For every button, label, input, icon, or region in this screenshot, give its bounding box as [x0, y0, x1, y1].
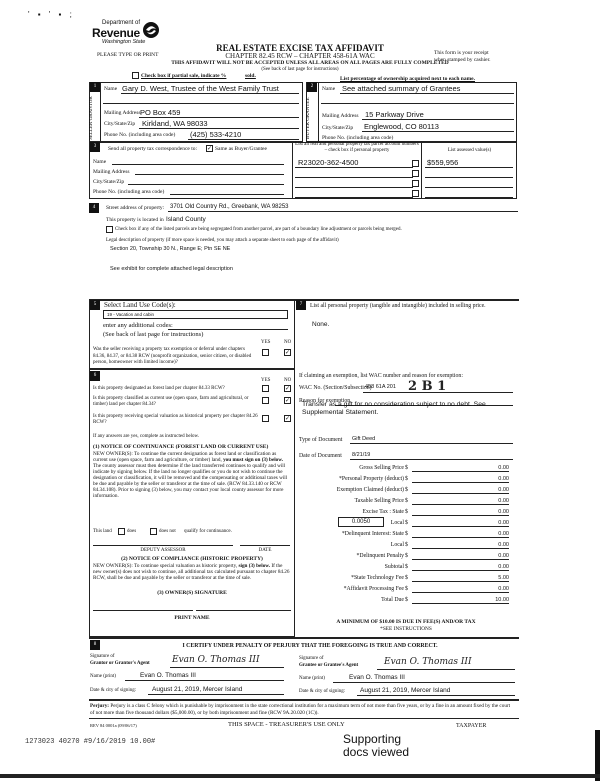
grantor-date-field[interactable]: August 21, 2019, Mercer Island [152, 686, 242, 693]
assessed-value-1[interactable]: $559,956 [427, 158, 458, 167]
exemption-yes-checkbox[interactable] [262, 349, 269, 356]
segregated-label: Check box if any of the listed parcels a… [115, 227, 402, 232]
legal-description-2[interactable]: See exhibit for complete attached legal … [110, 266, 233, 272]
located-label: This property is located in [106, 217, 164, 223]
receipt-note: This form is your receipt [434, 50, 489, 56]
wac-label: WAC No. (Section/Subsection) [299, 385, 372, 391]
seller-mailing-field[interactable]: PO Box 459 [140, 108, 180, 117]
buyer-city-field[interactable]: Englewood, CO 80113 [364, 122, 439, 131]
date-label: DATE [240, 548, 290, 553]
land-use-label: Select Land Use Code(s): [104, 301, 176, 309]
underline [103, 103, 299, 104]
corr-phone-label: Phone No. (including area code) [93, 189, 164, 195]
currency: $ [405, 509, 408, 515]
owner-signature-label: (3) OWNER(S) SIGNATURE [93, 590, 291, 596]
qualify-label: qualify for continuance. [184, 529, 232, 534]
taxable-selling-price[interactable]: 0.00 [412, 498, 509, 505]
notice-text: The county assessor must then determine … [93, 463, 287, 499]
delinquent-penalty[interactable]: 0.00 [412, 553, 509, 560]
seller-side-label: SELLER GRANTOR [89, 94, 100, 142]
personal-property-checkbox-1[interactable] [412, 160, 419, 167]
historical-no-checkbox[interactable]: ✓ [284, 415, 291, 422]
seller-phone-field[interactable]: (425) 533-4210 [190, 130, 241, 139]
buyer-side-label: BUYER GRANTEE [306, 94, 317, 142]
supporting-stamp-2: docs viewed [343, 746, 409, 759]
underline [139, 128, 299, 129]
section-number: 5 [90, 300, 100, 310]
tax-label: *Affidavit Processing Fee [296, 586, 404, 592]
perjury-notice: Perjury: Perjury is a class C felony whi… [90, 703, 515, 716]
see-back-instructions: (See back of last page for instructions) [103, 331, 203, 338]
section-number: 8 [90, 640, 100, 650]
underline [363, 392, 513, 393]
grantor-name-field[interactable]: Evan O. Thomas III [140, 672, 196, 679]
underline [350, 459, 513, 460]
personal-property-checkbox-3[interactable] [412, 180, 419, 187]
divider [89, 368, 295, 370]
currency: $ [405, 476, 408, 482]
underline [350, 443, 513, 444]
divider [318, 82, 319, 142]
underline [168, 211, 518, 212]
exemption-no-checkbox[interactable]: ✓ [284, 349, 291, 356]
personal-property-field[interactable]: None. [312, 321, 329, 328]
underline [321, 103, 514, 104]
tax-label: Subtotal [296, 564, 404, 570]
segregated-checkbox[interactable] [106, 226, 113, 233]
tax-label: Total Due [296, 597, 404, 603]
assessed-value-4[interactable] [425, 197, 513, 198]
buyer-mailing-field[interactable]: 15 Parkway Drive [365, 110, 424, 119]
does-not-qualify-checkbox[interactable] [150, 528, 157, 535]
owner-signature-field-2[interactable] [196, 610, 291, 611]
print-name-label: PRINT NAME [93, 615, 291, 621]
tax-label: Exemption Claimed (deduct) [296, 487, 404, 493]
tax-label: Taxable Selling Price [296, 498, 404, 504]
seller-phone-label: Phone No. (including area code) [104, 132, 175, 138]
historical-question: Is this property receiving special valua… [93, 414, 258, 426]
grantee-date-field[interactable]: August 21, 2019, Mercer Island [360, 687, 450, 694]
underline [377, 669, 515, 670]
underline [295, 167, 413, 168]
doc-date-field[interactable]: 8/21/19 [352, 452, 370, 458]
tax-label: *Personal Property (deduct) [296, 476, 404, 482]
additional-codes-field[interactable] [168, 329, 288, 330]
exemption-claimed[interactable]: 0.00 [412, 487, 509, 494]
currency: $ [405, 465, 408, 471]
deputy-assessor-signature[interactable] [93, 545, 233, 546]
seller-name-field[interactable]: Gary D. West, Trustee of the West Family… [122, 84, 279, 93]
assessed-header: List assessed value(s) [422, 148, 517, 153]
deputy-assessor-label: DEPUTY ASSESSOR [93, 548, 233, 553]
current-use-question: Is this property classified as current u… [93, 396, 258, 408]
partial-sale-checkbox[interactable] [132, 72, 139, 79]
total-due[interactable]: 10.00 [412, 597, 509, 604]
personal-property-checkbox-2[interactable] [412, 170, 419, 177]
underline [357, 695, 515, 696]
rev-number: REV 84 0001a (09/06/17) [90, 723, 137, 728]
corr-mailing-field[interactable] [135, 174, 284, 175]
see-instructions: *SEE INSTRUCTIONS [296, 626, 516, 632]
grantee-name-field[interactable]: Evan O. Thomas III [349, 674, 405, 681]
delinquent-interest-local[interactable]: 0.00 [412, 542, 509, 549]
additional-codes-label: enter any additional codes: [103, 322, 173, 329]
subtotal[interactable]: 0.00 [412, 564, 509, 571]
grantor-sig-label: Signature of [90, 654, 115, 659]
seller-city-label: City/State/Zip [104, 121, 135, 127]
divider [89, 699, 519, 701]
grantor-name-label: Name (print) [90, 674, 116, 679]
no-header: NO [284, 340, 291, 345]
currency: $ [405, 553, 408, 559]
tax-label: Excise Tax : State [296, 509, 404, 515]
yes-header: YES [261, 378, 270, 383]
no-header: NO [284, 378, 291, 383]
deputy-date-field[interactable] [240, 545, 290, 546]
notice-compliance-text: NEW OWNER(S): To continue special valuat… [93, 563, 291, 581]
personal-property-label: List all personal property (tangible and… [310, 302, 510, 310]
section-number: 3 [90, 142, 100, 152]
underline [340, 93, 514, 94]
parcels-header: List all real and personal property tax … [294, 142, 420, 154]
see-back: (See back of last page for instructions) [200, 67, 400, 72]
doc-date-label: Date of Document [299, 453, 342, 459]
street-label: Street address of property: [106, 205, 164, 211]
same-as-buyer-label: Same as Buyer/Grantee [215, 146, 267, 152]
buyer-phone-label: Phone No. (including area code) [322, 135, 393, 141]
underline [170, 667, 284, 668]
currency: $ [405, 597, 408, 603]
receipt-note-2: when stamped by cashier. [434, 57, 491, 63]
corr-name-label: Name [93, 159, 106, 165]
divider [292, 142, 293, 199]
underline [148, 694, 284, 695]
please-type: PLEASE TYPE OR PRINT [97, 52, 158, 58]
assessed-value-3[interactable] [425, 187, 513, 188]
cashier-stamp: 1273023 40270 #9/16/2019 10.00# [25, 738, 155, 746]
tax-label: Local [384, 520, 404, 526]
minimum-note: A MINIMUM OF $10.00 IS DUE IN FEE(S) AND… [296, 619, 516, 625]
wac-field[interactable]: 458 61A 201 [365, 384, 396, 390]
currency: $ [405, 575, 408, 581]
divider [100, 82, 101, 142]
legal-description-1[interactable]: Section 20, Township 30 N., Range E; Ptn… [110, 246, 230, 252]
does-label: does [127, 529, 136, 534]
divider [89, 637, 519, 639]
underline [121, 93, 299, 94]
grantee-sig-label: Signature of [299, 656, 324, 661]
doc-type-label: Type of Document [299, 437, 342, 443]
parcel-number-1[interactable]: R23020-362-4500 [298, 158, 358, 167]
tax-label: *Delinquent Penalty [296, 553, 404, 559]
affidavit-processing-fee[interactable]: 0.00 [412, 586, 509, 593]
currency: $ [405, 498, 408, 504]
perjury-bold: Perjury: [90, 703, 109, 709]
section-number: 2 [307, 82, 317, 92]
legal-label: Legal description of property (if more s… [106, 238, 339, 243]
taxpayer-label: TAXPAYER [456, 723, 486, 729]
currency: $ [405, 487, 408, 493]
yes-header: YES [261, 340, 270, 345]
excise-tax-local[interactable]: 0.00 [412, 520, 509, 527]
tax-label: Gross Selling Price [296, 465, 404, 471]
divider [295, 299, 519, 301]
does-qualify-checkbox[interactable] [118, 528, 125, 535]
perjury-text: Perjury is a class C felony which is pun… [90, 703, 510, 716]
street-address-field[interactable]: 3701 Old Country Rd., Greebank, WA 98253 [170, 204, 289, 210]
corr-mailing-label: Mailing Address [93, 169, 130, 175]
section-number: 4 [89, 203, 99, 213]
owner-signature-field[interactable] [93, 610, 193, 611]
underline [188, 139, 299, 140]
notice-compliance-title: (2) NOTICE OF COMPLIANCE (HISTORIC PROPE… [93, 556, 291, 562]
county-field[interactable]: Island County [166, 216, 206, 223]
underline [139, 117, 299, 118]
reason-field[interactable]: Transfer as a gift for no consideration … [302, 401, 512, 417]
seller-city-field[interactable]: Kirkland, WA 98033 [142, 119, 208, 128]
tax-label: *Delinquent Interest: State [296, 531, 404, 537]
certify-statement: I CERTIFY UNDER PENALTY OF PERJURY THAT … [110, 643, 510, 649]
correspondence-label: Send all property tax correspondence to: [108, 146, 197, 152]
notice-continuance-title: (1) NOTICE OF CONTINUANCE (FOREST LAND O… [93, 444, 268, 450]
scan-marks: ' ▪ ' ▪ ; [28, 10, 75, 19]
corr-city-label: City/State/Zip [93, 179, 124, 185]
currency: $ [405, 520, 408, 526]
corr-phone-field[interactable] [170, 194, 284, 195]
seller-name-label: Name [104, 86, 117, 92]
buyer-name-label: Name [322, 86, 335, 92]
state-technology-fee[interactable]: 5.00 [412, 575, 509, 582]
personal-property-deduct[interactable]: 0.00 [412, 476, 509, 483]
land-use-select[interactable]: 19 - Vacation and cabin [103, 310, 288, 319]
does-not-label: does not [159, 529, 176, 534]
currency: $ [405, 586, 408, 592]
parcel-number-3[interactable] [295, 187, 413, 188]
personal-property-checkbox-4[interactable] [412, 190, 419, 197]
dor-logo: Department of Revenue Washington State [92, 20, 162, 50]
land-use-code: 19 - Vacation and cabin [107, 312, 154, 317]
excise-tax-state[interactable]: 0.00 [412, 509, 509, 516]
seller-mailing-label: Mailing Address [104, 110, 141, 116]
tax-label: Local [296, 542, 404, 548]
grantor-date-label: Date & city of signing: [90, 688, 136, 693]
underline [362, 131, 514, 132]
grantor-signature[interactable]: Evan O. Thomas III [172, 655, 260, 665]
treasurer-space: THIS SPACE - TREASURER'S USE ONLY [228, 721, 345, 728]
forest-yes-checkbox[interactable] [262, 385, 269, 392]
assessed-value-2[interactable] [425, 177, 513, 178]
local-rate-field[interactable]: 0.0050 [338, 517, 384, 527]
corr-city-field[interactable] [128, 184, 284, 185]
logo-swirl-icon [142, 21, 160, 39]
buyer-city-label: City/State/Zip [322, 125, 353, 131]
tax-label: *State Technology Fee [296, 575, 404, 581]
scan-edge-bottom [0, 774, 600, 778]
current-use-yes-checkbox[interactable] [262, 397, 269, 404]
grantee-name-label: Name (print) [299, 676, 325, 681]
section-number: 1 [90, 82, 100, 92]
this-land-label: This land [93, 529, 112, 534]
parcel-number-4[interactable] [295, 197, 413, 198]
underline [425, 167, 513, 168]
if-yes-note: If any answers are yes, complete as inst… [93, 434, 199, 439]
section-number: 6 [90, 371, 100, 381]
parcel-number-2[interactable] [295, 177, 413, 178]
sold-label: sold. [245, 73, 256, 79]
grantee-date-label: Date & city of signing: [299, 689, 345, 694]
grantor-sig-label-2: Grantor or Grantor's Agent [90, 661, 150, 666]
underline [333, 682, 515, 683]
gross-selling-price[interactable]: 0.00 [412, 465, 509, 472]
currency: $ [405, 531, 408, 537]
exemption-question: Was the seller receiving a property tax … [93, 347, 258, 367]
buyer-mailing-label: Mailing Address [322, 113, 359, 119]
forest-no-checkbox[interactable]: ✓ [284, 385, 291, 392]
buyer-name-field[interactable]: See attached summary of Grantees [342, 84, 460, 93]
chapter: CHAPTER 82.45 RCW – CHAPTER 458-61A WAC [180, 52, 420, 60]
grantee-signature[interactable]: Evan O. Thomas III [384, 657, 472, 667]
doc-type-field[interactable]: Gift Deed [352, 436, 375, 442]
corr-name-field[interactable] [112, 164, 284, 165]
underline [125, 680, 284, 681]
grantee-sig-label-2: Grantee or Grantee's Agent [299, 663, 358, 668]
underline [362, 119, 514, 120]
historical-yes-checkbox[interactable] [262, 415, 269, 422]
same-as-buyer-checkbox[interactable]: ✓ [206, 145, 213, 152]
partial-sale-label: Check box if partial sale, indicate % [141, 73, 226, 79]
section-number: 7 [296, 300, 306, 310]
notice-continuance-text: NEW OWNER(S): To continue the current de… [93, 451, 291, 499]
currency: $ [405, 564, 408, 570]
divider [89, 718, 519, 719]
currency: $ [405, 542, 408, 548]
forest-question: Is this property designated as forest la… [93, 386, 258, 392]
delinquent-interest-state[interactable]: 0.00 [412, 531, 509, 538]
current-use-no-checkbox[interactable]: ✓ [284, 397, 291, 404]
